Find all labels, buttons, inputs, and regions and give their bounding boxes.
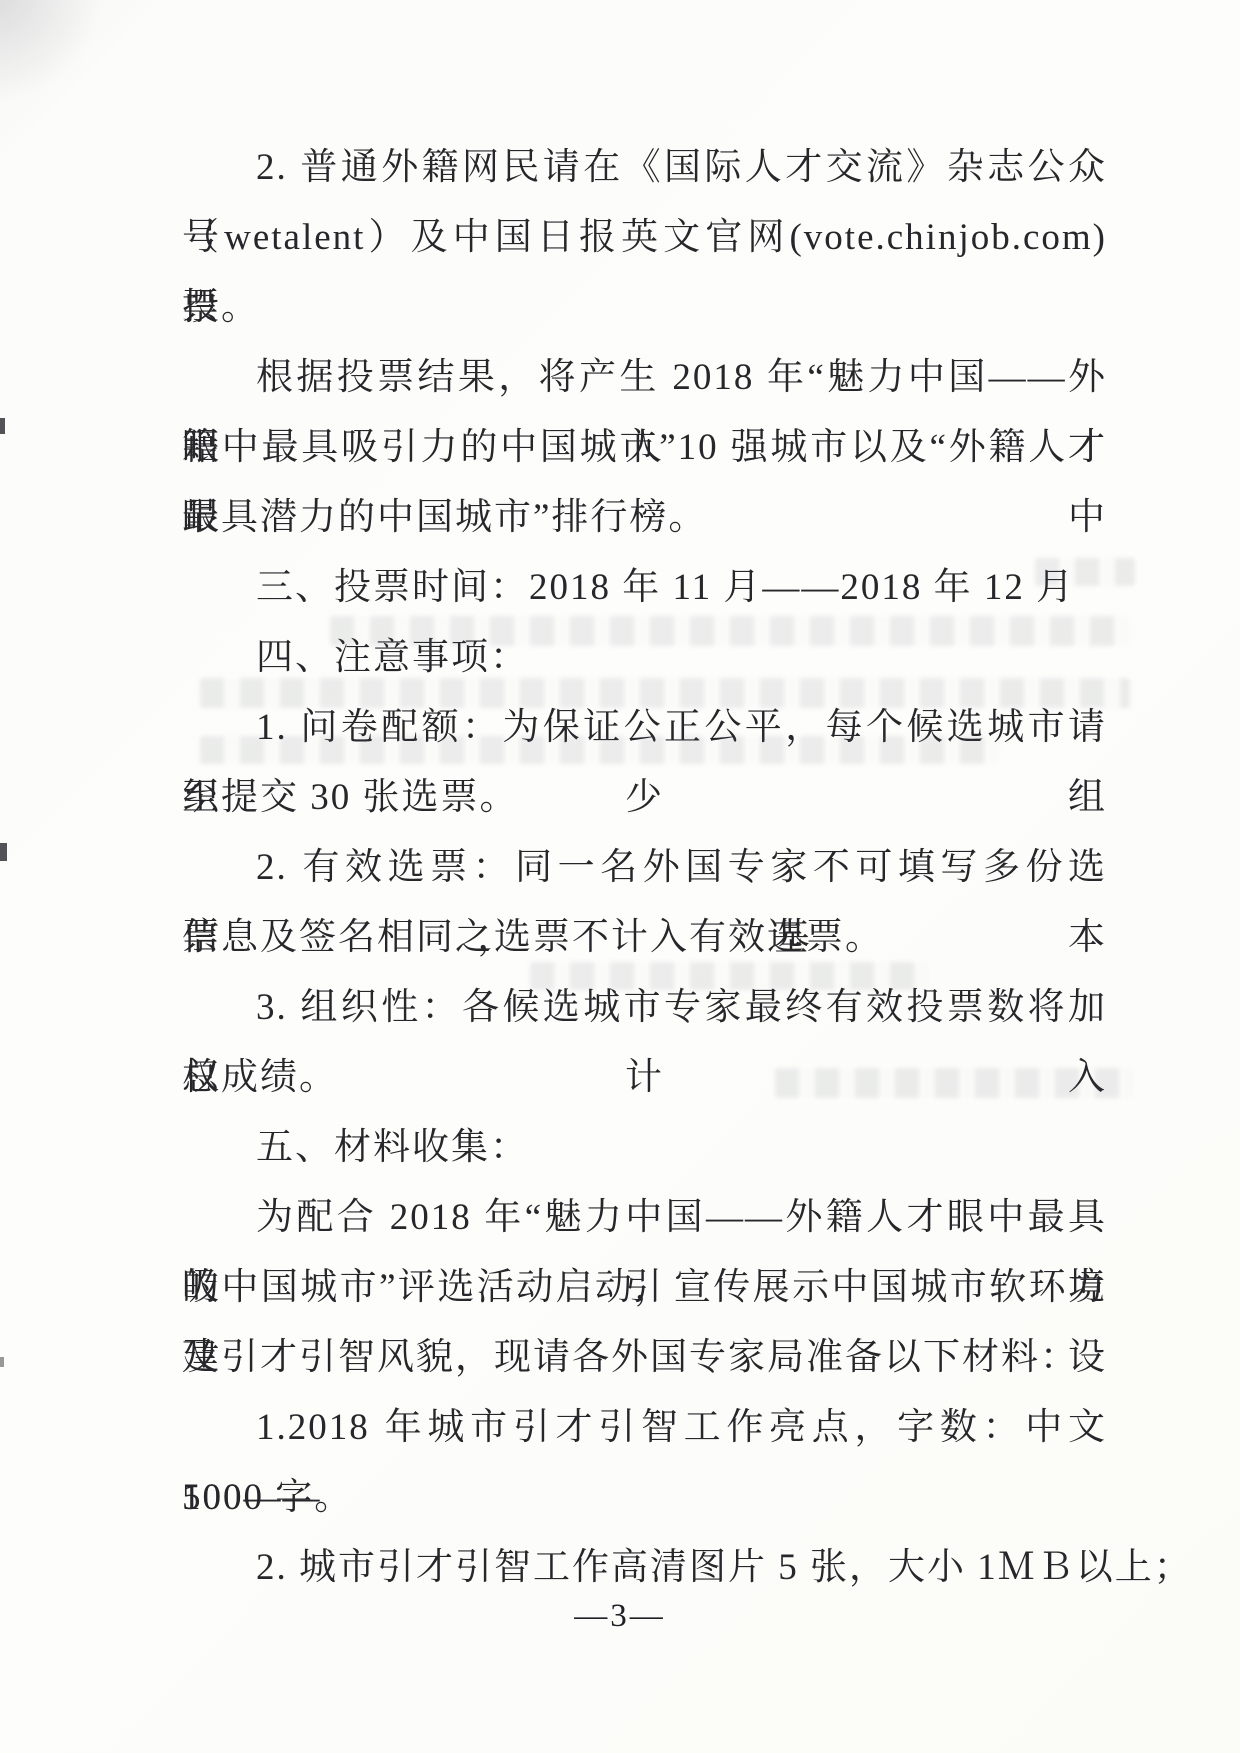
scan-edge-mark — [0, 843, 7, 861]
text-line: 四、注意事项： — [182, 623, 1107, 693]
document-body-text: 2. 普通外籍网民请在《国际人才交流》杂志公众号（wetalent）及中国日报英… — [182, 133, 1107, 1603]
scan-corner-smudge — [0, 0, 110, 110]
scanned-document-page: 2. 普通外籍网民请在《国际人才交流》杂志公众号（wetalent）及中国日报英… — [0, 0, 1240, 1753]
text-line: 根据投票结果，将产生 2018 年“魅力中国——外籍人才 — [182, 343, 1107, 413]
text-line: 3. 组织性：各候选城市专家最终有效投票数将加权计入 — [182, 973, 1107, 1043]
page-number: —3— — [0, 1598, 1240, 1635]
text-line: 为配合 2018 年“魅力中国——外籍人才眼中最具吸引力 — [182, 1183, 1107, 1253]
text-line: （wetalent）及中国日报英文官网(vote.chinjob.com)投 — [182, 203, 1107, 273]
text-line: 1.2018 年城市引才引智工作亮点，字数：中文 500—— — [182, 1393, 1107, 1463]
text-line: 的中国城市”评选活动启动，宣传展示中国城市软环境建设 — [182, 1253, 1107, 1323]
scan-edge-mark — [0, 1357, 4, 1367]
text-line: 三、投票时间：2018 年 11 月——2018 年 12 月 — [182, 553, 1107, 623]
text-line: 2. 普通外籍网民请在《国际人才交流》杂志公众号 — [182, 133, 1107, 203]
text-line: 1. 问卷配额：为保证公正公平，每个候选城市请至少组 — [182, 693, 1107, 763]
text-line: 2. 有效选票：同一名外国专家不可填写多份选票，基本 — [182, 833, 1107, 903]
text-line: 眼中最具吸引力的中国城市”10 强城市以及“外籍人才眼中 — [182, 413, 1107, 483]
text-line: 1000 字。 — [182, 1463, 1107, 1533]
text-line: 票。 — [182, 273, 1107, 343]
text-line: 及引才引智风貌，现请各外国专家局准备以下材料： — [182, 1323, 1107, 1393]
text-line: 五、材料收集： — [182, 1113, 1107, 1183]
scan-edge-mark — [0, 418, 5, 434]
text-line: 2. 城市引才引智工作高清图片 5 张，大小 1ＭＢ以上； — [182, 1533, 1107, 1603]
